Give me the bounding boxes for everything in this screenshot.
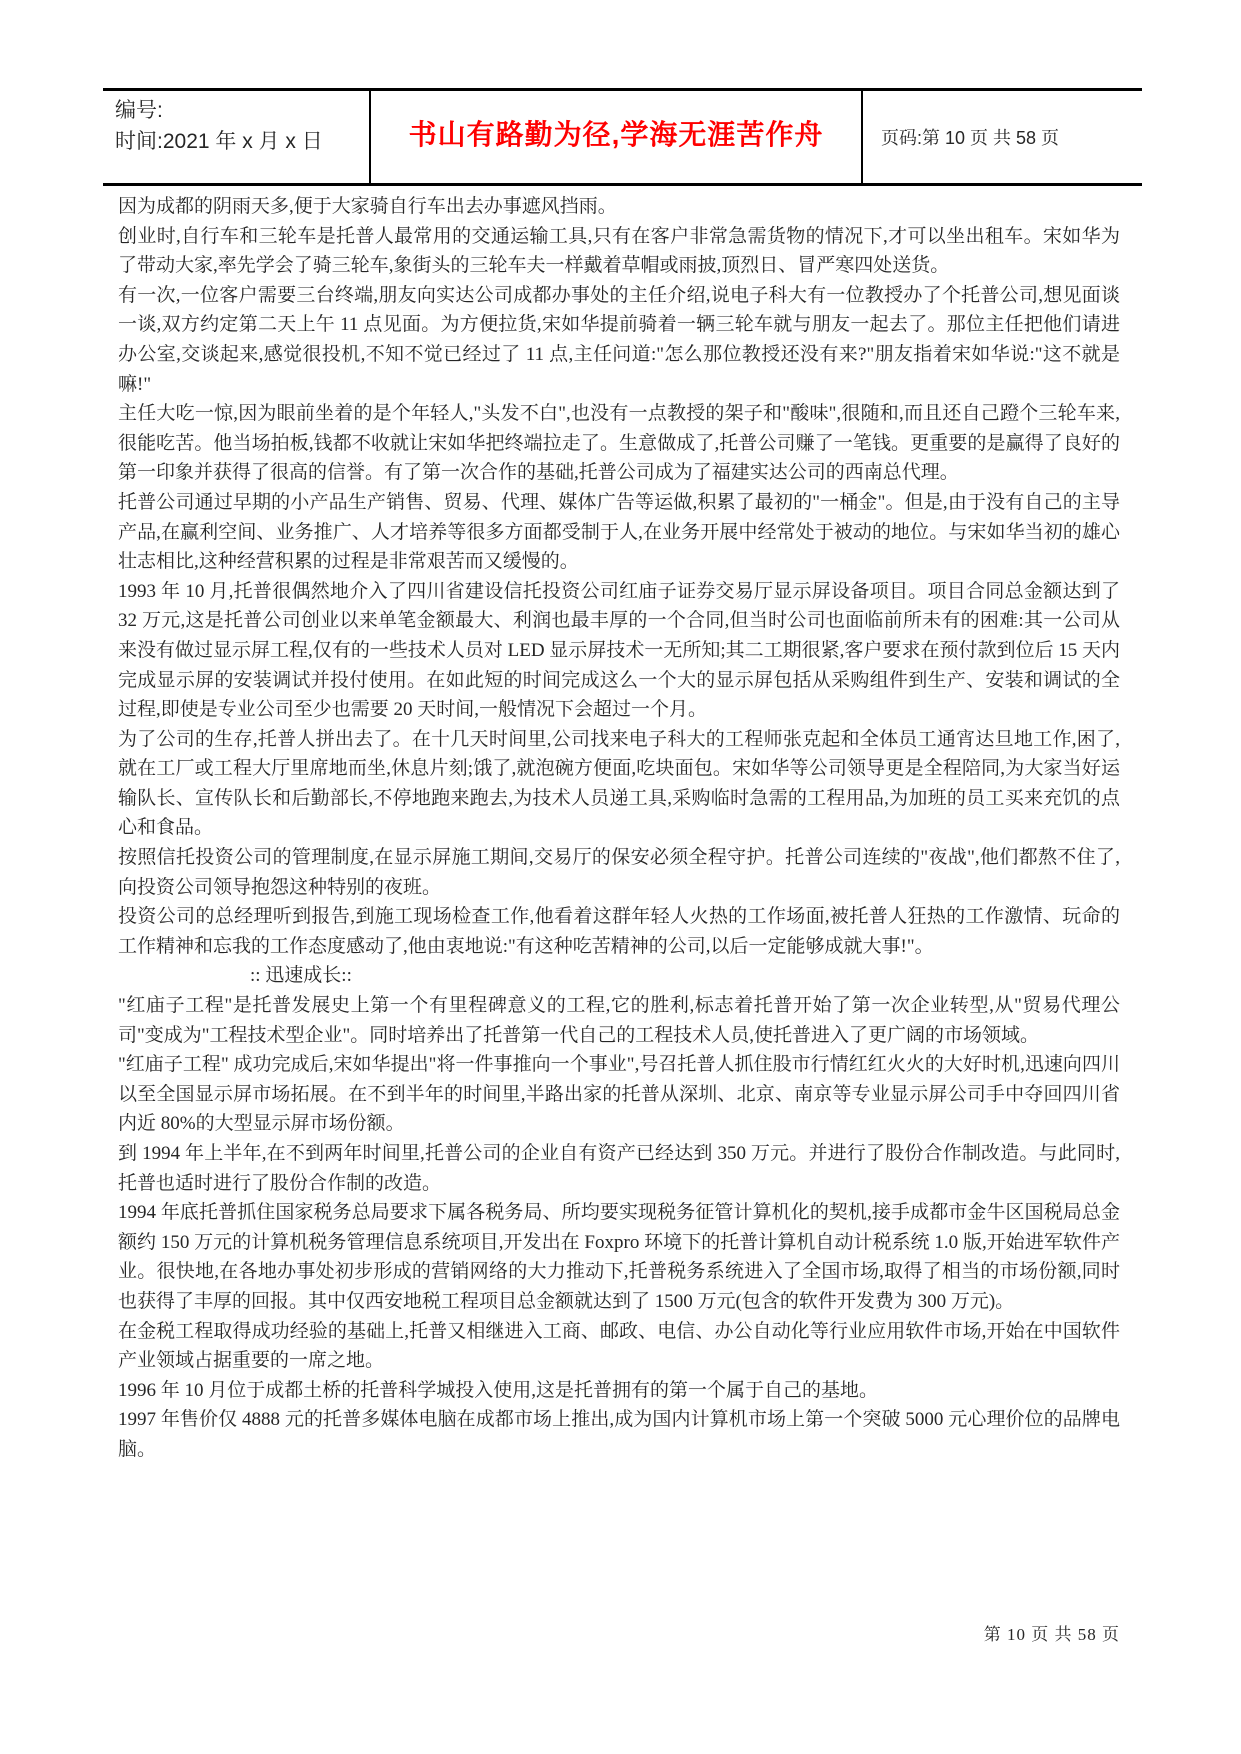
paragraph: 1993 年 10 月,托普很偶然地介入了四川省建设信托投资公司红庙子证券交易厅…	[118, 577, 1120, 725]
paragraph: 为了公司的生存,托普人拼出去了。在十几天时间里,公司找来电子科大的工程师张克起和…	[118, 725, 1120, 843]
paragraph: 因为成都的阴雨天多,便于大家骑自行车出去办事遮风挡雨。	[118, 192, 1120, 222]
paragraph: 按照信托投资公司的管理制度,在显示屏施工期间,交易厅的保安必须全程守护。托普公司…	[118, 843, 1120, 902]
paragraph: "红庙子工程"是托普发展史上第一个有里程碑意义的工程,它的胜利,标志着托普开始了…	[118, 991, 1120, 1050]
paragraph: 托普公司通过早期的小产品生产销售、贸易、代理、媒体广告等运做,积累了最初的"一桶…	[118, 488, 1120, 577]
document-date-label: 时间:2021 年 x 月 x 日	[115, 126, 359, 157]
document-page: 编号: 时间:2021 年 x 月 x 日 书山有路勤为径,学海无涯苦作舟 页码…	[0, 0, 1241, 1754]
motto-text: 书山有路勤为径,学海无涯苦作舟	[409, 113, 824, 153]
paragraph: 1996 年 10 月位于成都土桥的托普科学城投入使用,这是托普拥有的第一个属于…	[118, 1376, 1120, 1406]
header-motto-cell: 书山有路勤为径,学海无涯苦作舟	[369, 91, 863, 183]
paragraph: 有一次,一位客户需要三台终端,朋友向实达公司成都办事处的主任介绍,说电子科大有一…	[118, 281, 1120, 399]
paragraph: 创业时,自行车和三轮车是托普人最常用的交通运输工具,只有在客户非常急需货物的情况…	[118, 222, 1120, 281]
header-page-cell: 页码:第 10 页 共 58 页	[863, 91, 1142, 183]
paragraph: 到 1994 年上半年,在不到两年时间里,托普公司的企业自有资产已经达到 350…	[118, 1139, 1120, 1198]
document-body: 因为成都的阴雨天多,便于大家骑自行车出去办事遮风挡雨。 创业时,自行车和三轮车是…	[118, 192, 1120, 1465]
paragraph: 1994 年底托普抓住国家税务总局要求下属各税务局、所均要实现税务征管计算机化的…	[118, 1198, 1120, 1316]
document-number-label: 编号:	[115, 95, 359, 126]
header-meta-cell: 编号: 时间:2021 年 x 月 x 日	[103, 91, 369, 183]
section-heading: :: 迅速成长::	[118, 961, 1120, 991]
paragraph: 在金税工程取得成功经验的基础上,托普又相继进入工商、邮政、电信、办公自动化等行业…	[118, 1317, 1120, 1376]
paragraph: "红庙子工程" 成功完成后,宋如华提出"将一件事推向一个事业",号召托普人抓住股…	[118, 1050, 1120, 1139]
page-number-label: 页码:第 10 页 共 58 页	[881, 124, 1059, 150]
paragraph: 投资公司的总经理听到报告,到施工现场检查工作,他看着这群年轻人火热的工作场面,被…	[118, 902, 1120, 961]
footer-page-number: 第 10 页 共 58 页	[118, 1620, 1120, 1645]
paragraph: 主任大吃一惊,因为眼前坐着的是个年轻人,"头发不白",也没有一点教授的架子和"酸…	[118, 399, 1120, 488]
page-header: 编号: 时间:2021 年 x 月 x 日 书山有路勤为径,学海无涯苦作舟 页码…	[103, 88, 1142, 186]
paragraph: 1997 年售价仅 4888 元的托普多媒体电脑在成都市场上推出,成为国内计算机…	[118, 1405, 1120, 1464]
